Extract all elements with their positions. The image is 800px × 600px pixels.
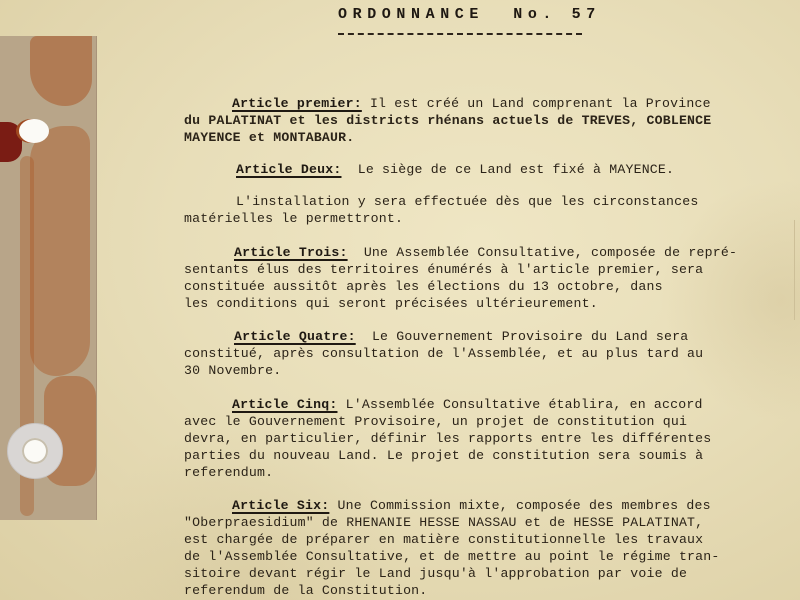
punch-hole-icon <box>19 119 49 143</box>
article-line: Article Quatre: Le Gouvernement Provisoi… <box>234 328 688 345</box>
rust-stain <box>30 36 92 106</box>
article-line: constituée aussitôt après les élections … <box>184 278 663 295</box>
rust-stain <box>30 126 90 376</box>
article-line: sitoire devant régir le Land jusqu'à l'a… <box>184 565 687 582</box>
article-line: est chargée de préparer en matière const… <box>184 531 703 548</box>
article-line: du PALATINAT et les districts rhénans ac… <box>184 112 711 129</box>
article-text: Une Commission mixte, composée des membr… <box>329 498 710 513</box>
article-line: L'installation y sera effectuée dès que … <box>236 193 699 210</box>
article-heading: Article Six: <box>232 498 329 513</box>
document-title: ORDONNANCE No. 57 <box>338 6 601 23</box>
article-heading: Article Trois: <box>234 245 348 260</box>
article-line: matérielles le permettront. <box>184 210 403 227</box>
reinforcement-ring-icon <box>7 423 63 479</box>
article-line: de l'Assemblée Consultative, et de mettr… <box>184 548 720 565</box>
article-line: Article Six: Une Commission mixte, compo… <box>232 497 711 514</box>
article-line: Article Trois: Une Assemblée Consultativ… <box>234 244 737 261</box>
article-line: Article Deux: Le siège de ce Land est fi… <box>236 161 674 178</box>
article-line: constitué, après consultation de l'Assem… <box>184 345 703 362</box>
article-heading: Article premier: <box>232 96 362 111</box>
article-text: Il est créé un Land comprenant la Provin… <box>362 96 711 111</box>
article-line: referendum. <box>184 464 273 481</box>
article-text: L'Assemblée Consultative établira, en ac… <box>337 397 702 412</box>
punch-hole-icon <box>22 438 48 464</box>
paper-fold <box>794 220 800 320</box>
article-text: Une Assemblée Consultative, composée de … <box>348 245 737 260</box>
article-heading: Article Deux: <box>236 162 341 177</box>
article-heading: Article Cinq: <box>232 397 337 412</box>
article-text: Le Gouvernement Provisoire du Land sera <box>356 329 689 344</box>
article-line: 30 Novembre. <box>184 362 281 379</box>
article-line: Article premier: Il est créé un Land com… <box>232 95 711 112</box>
article-line: Article Cinq: L'Assemblée Consultative é… <box>232 396 703 413</box>
article-text: Le siège de ce Land est fixé à MAYENCE. <box>341 162 674 177</box>
article-line: devra, en particulier, définir les rappo… <box>184 430 711 447</box>
article-line: MAYENCE et MONTABAUR. <box>184 129 354 146</box>
article-line: parties du nouveau Land. Le projet de co… <box>184 447 703 464</box>
article-heading: Article Quatre: <box>234 329 356 344</box>
article-line: sentants élus des territoires énumérés à… <box>184 261 703 278</box>
title-underline <box>338 33 582 35</box>
article-line: avec le Gouvernement Provisoire, un proj… <box>184 413 687 430</box>
article-line: referendum de la Constitution. <box>184 582 427 599</box>
article-line: les conditions qui seront précisées ulté… <box>184 295 598 312</box>
article-line: "Oberpraesidium" de RHENANIE HESSE NASSA… <box>184 514 703 531</box>
